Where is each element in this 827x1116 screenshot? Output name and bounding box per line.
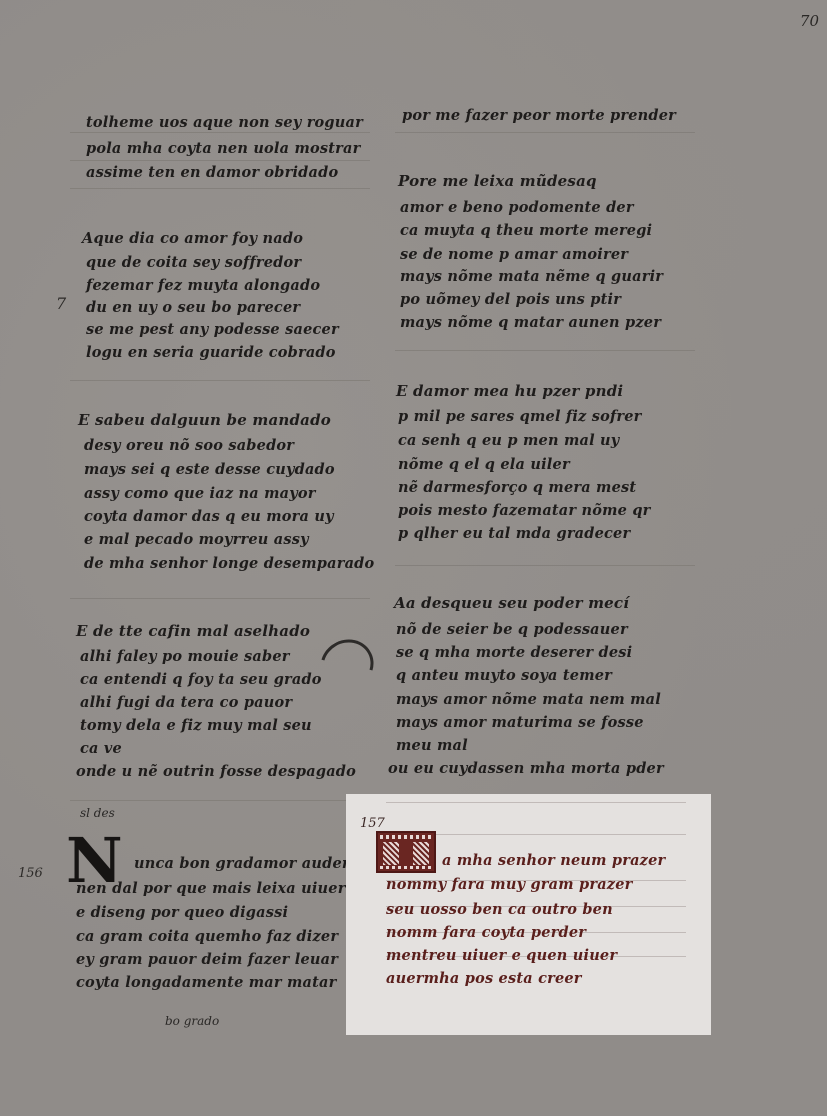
verse-line: Aque dia co amor foy nado [82, 230, 303, 247]
verse-line: tolheme uos aque non sey roguar [86, 114, 363, 131]
verse-line: se de nome p amar amoirer [400, 246, 628, 263]
verse-line: mays amor maturima se fosse [396, 714, 644, 731]
verse-line: nen dal por que mais leixa uiuer [76, 880, 346, 897]
verse-line: nõme q el q ela uiler [398, 456, 570, 473]
verse-line: nẽ darmesforço q mera mest [398, 479, 636, 496]
ruling-line [70, 188, 370, 189]
verse-line: tomy dela e fiz muy mal seu [80, 717, 312, 734]
marginal-note-above: sl des [80, 806, 115, 820]
verse-line: mays nõme q matar aunen pzer [400, 314, 661, 331]
ruling-line [70, 132, 370, 133]
verse-line: onde u nẽ outrin fosse despagado [76, 763, 356, 780]
verse-line: alhi faley po mouie saber [80, 648, 290, 665]
ruling-line [70, 380, 370, 381]
verse-line: assy como que iaz na mayor [84, 485, 316, 502]
verse-line: logu en seria guaride cobrado [86, 344, 336, 361]
verse-line: ca gram coita quemho faz dizer [76, 928, 338, 945]
ruling-line [70, 800, 370, 801]
verse-line: nommy fara muy gram prazer [386, 876, 632, 893]
verse-line: E de tte cafin mal aselhado [76, 622, 310, 640]
verse-line: mentreu uiuer e quen uiuer [386, 947, 617, 964]
verse-line: coyta damor das q eu mora uy [84, 508, 334, 525]
verse-line: ca ve [80, 740, 122, 757]
verse-line: fezemar fez muyta alongado [86, 277, 320, 294]
decorated-red-initial-M [376, 831, 436, 873]
verse-line: alhi fugi da tera co pauor [80, 694, 292, 711]
verse-line: coyta longadamente mar matar [76, 974, 336, 991]
verse-line: mays sei q este desse cuydado [84, 461, 335, 478]
verse-line: e diseng por queo digassi [76, 904, 288, 921]
verse-line: E damor mea hu pzer pndi [396, 382, 623, 400]
verse-line: du en uy o seu bo parecer [86, 299, 300, 316]
verse-line: ey gram pauor deim fazer leuar [76, 951, 338, 968]
song-number-156: 156 [18, 866, 43, 881]
verse-line: Aa desqueu seu poder mecí [394, 594, 629, 612]
ruling-line [395, 350, 695, 351]
ruling-line [386, 802, 686, 803]
ruling-line [395, 132, 695, 133]
ruling-line [70, 598, 370, 599]
verse-line: pois mesto fazematar nõme qr [398, 502, 651, 519]
verse-line: E sabeu dalguun be mandado [78, 411, 331, 429]
decorative-flourish [311, 630, 383, 700]
verse-line: e mal pecado moyrreu assy [84, 531, 309, 548]
verse-line: nomm fara coyta perder [386, 924, 586, 941]
verse-line: se me pest any podesse saecer [86, 321, 339, 338]
verse-line: que de coita sey soffredor [86, 254, 301, 271]
verse-line: ca senh q eu p men mal uy [398, 432, 619, 449]
verse-line: seu uosso ben ca outro ben [386, 901, 613, 918]
initial-hatched-panel [413, 842, 429, 865]
manuscript-page: 70 7 156 sl des bo grado tolheme uos aqu… [0, 0, 827, 1116]
verse-line: po uõmey del pois uns ptir [400, 291, 621, 308]
verse-line: assime ten en damor obridado [86, 164, 338, 181]
verse-line: mays nõme mata nẽme q guarir [400, 268, 663, 285]
verse-line: desy oreu nõ soo sabedor [84, 437, 294, 454]
marginal-note-below: bo grado [165, 1014, 219, 1028]
verse-line: meu mal [396, 737, 468, 754]
verse-line: mays amor nõme mata nem mal [396, 691, 661, 708]
folio-number: 70 [800, 12, 819, 30]
song-number-157: 157 [360, 816, 385, 831]
verse-line: ca muyta q theu morte meregi [400, 222, 652, 239]
verse-line: Pore me leixa mũdesaq [398, 172, 597, 190]
verse-line: auermha pos esta creer [386, 970, 582, 987]
margin-arrow-mark: 7 [56, 294, 66, 313]
verse-line: pola mha coyta nen uola mostrar [86, 140, 360, 157]
initial-hatched-panel [383, 842, 399, 865]
initial-border-band [380, 866, 432, 869]
verse-line: a mha senhor neum prazer [442, 852, 665, 869]
verse-line: por me fazer peor morte prender [402, 107, 676, 124]
initial-border-band [380, 835, 432, 839]
verse-line: se q mha morte deserer desi [396, 644, 632, 661]
ruling-line [395, 565, 695, 566]
ruling-line [70, 160, 370, 161]
verse-line: q anteu muyto soya temer [396, 667, 612, 684]
verse-line: ca entendi q foy ta seu grado [80, 671, 322, 688]
verse-line: de mha senhor longe desemparado [84, 555, 374, 572]
verse-line: amor e beno podomente der [400, 199, 634, 216]
verse-line: nõ de seier be q podessauer [396, 621, 628, 638]
verse-line: p qlher eu tal mda gradecer [398, 525, 630, 542]
verse-line: ou eu cuydassen mha morta pder [388, 760, 664, 777]
verse-line: p mil pe sares qmel fiz sofrer [398, 408, 642, 425]
verse-line: unca bon gradamor audem [134, 855, 357, 872]
